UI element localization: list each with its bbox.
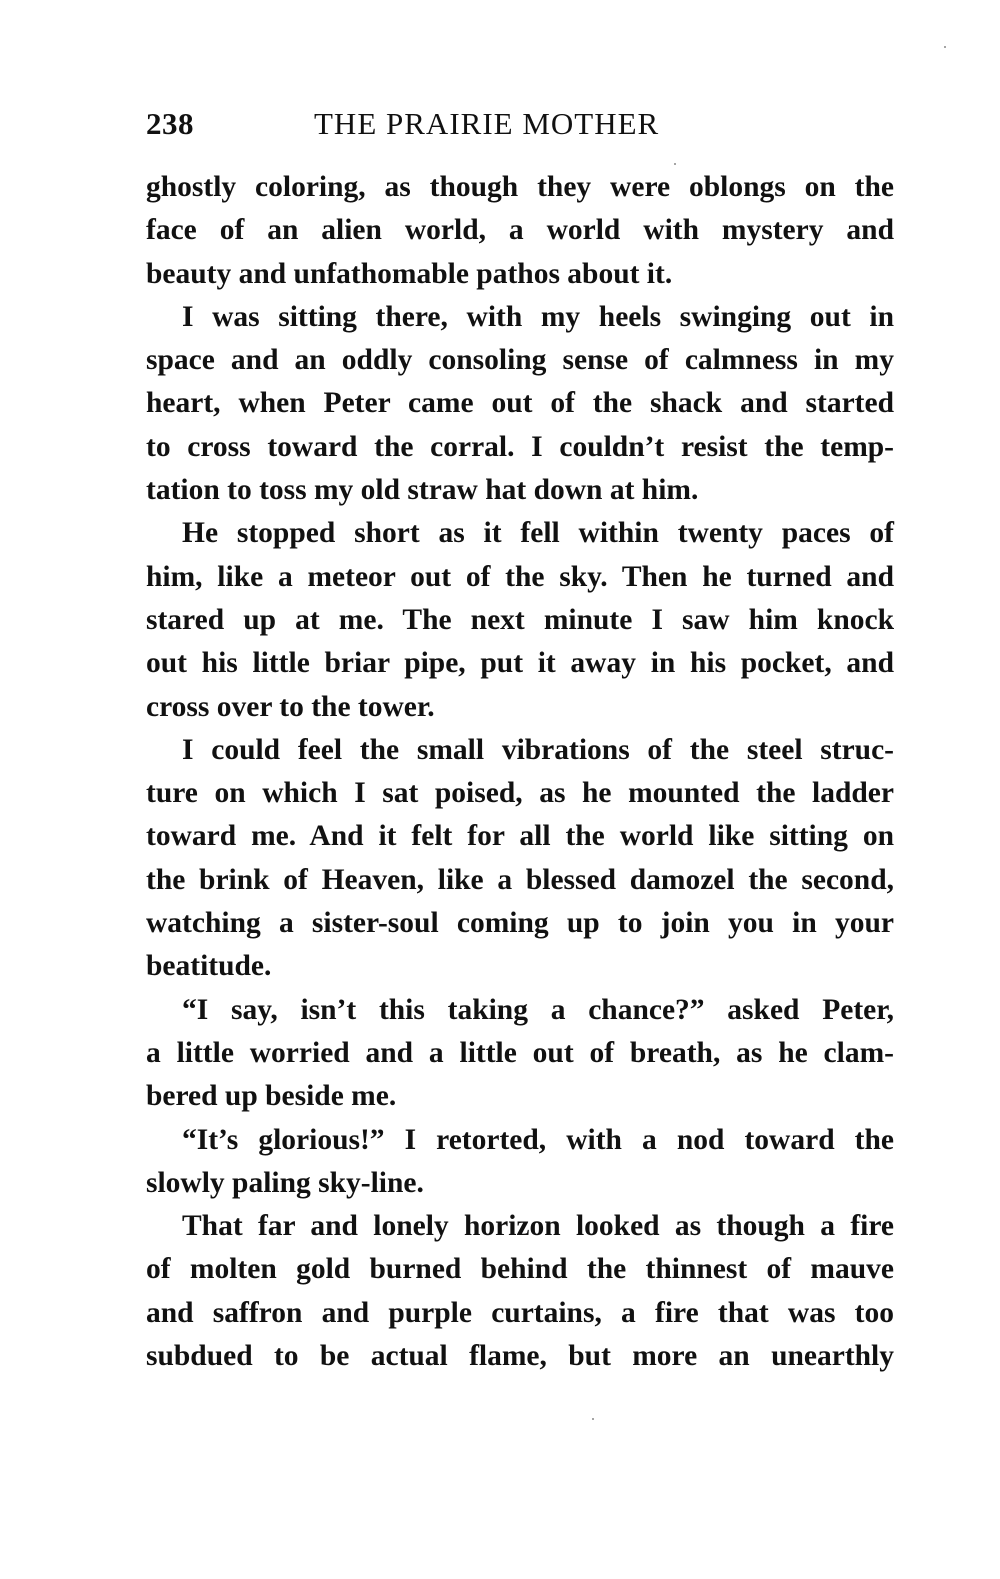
text-line: I could feel the small vibrations of the… bbox=[146, 729, 894, 772]
text-line: cross over to the tower. bbox=[146, 686, 894, 729]
text-line: heart, when Peter came out of the shack … bbox=[146, 382, 894, 425]
scan-speck bbox=[944, 46, 946, 48]
text-line: tation to toss my old straw hat down at … bbox=[146, 469, 894, 512]
page-number: 238 bbox=[146, 106, 314, 142]
text-line: “I say, isn’t this taking a chance?” ask… bbox=[146, 989, 894, 1032]
running-header: 238 THE PRAIRIE MOTHER bbox=[146, 106, 894, 166]
text-line: a little worried and a little out of bre… bbox=[146, 1032, 894, 1075]
text-line: beatitude. bbox=[146, 945, 894, 988]
text-line: to cross toward the corral. I couldn’t r… bbox=[146, 426, 894, 469]
text-line: ture on which I sat poised, as he mounte… bbox=[146, 772, 894, 815]
body-text: ghostly coloring, as though they were ob… bbox=[146, 166, 894, 1378]
text-line: the brink of Heaven, like a blessed damo… bbox=[146, 859, 894, 902]
paragraph: “It’s glorious!” I retorted, with a nod … bbox=[146, 1119, 894, 1206]
text-line: subdued to be actual flame, but more an … bbox=[146, 1335, 894, 1378]
paragraph: I could feel the small vibrations of the… bbox=[146, 729, 894, 989]
text-line: face of an alien world, a world with mys… bbox=[146, 209, 894, 252]
paragraph: He stopped short as it fell within twent… bbox=[146, 512, 894, 728]
text-line: “It’s glorious!” I retorted, with a nod … bbox=[146, 1119, 894, 1162]
running-title: THE PRAIRIE MOTHER bbox=[314, 106, 659, 142]
paragraph: That far and lonely horizon looked as th… bbox=[146, 1205, 894, 1378]
text-line: toward me. And it felt for all the world… bbox=[146, 815, 894, 858]
text-line: That far and lonely horizon looked as th… bbox=[146, 1205, 894, 1248]
text-line: him, like a meteor out of the sky. Then … bbox=[146, 556, 894, 599]
text-line: bered up beside me. bbox=[146, 1075, 894, 1118]
scan-speck bbox=[674, 163, 676, 165]
text-line: out his little briar pipe, put it away i… bbox=[146, 642, 894, 685]
paragraph: ghostly coloring, as though they were ob… bbox=[146, 166, 894, 296]
text-line: watching a sister-soul coming up to join… bbox=[146, 902, 894, 945]
text-line: stared up at me. The next minute I saw h… bbox=[146, 599, 894, 642]
scan-speck bbox=[592, 1418, 594, 1420]
paragraph: “I say, isn’t this taking a chance?” ask… bbox=[146, 989, 894, 1119]
text-line: beauty and unfathomable pathos about it. bbox=[146, 253, 894, 296]
text-line: of molten gold burned behind the thinnes… bbox=[146, 1248, 894, 1291]
text-line: ghostly coloring, as though they were ob… bbox=[146, 166, 894, 209]
paragraph: I was sitting there, with my heels swing… bbox=[146, 296, 894, 512]
text-line: space and an oddly consoling sense of ca… bbox=[146, 339, 894, 382]
text-line: and saffron and purple curtains, a fire … bbox=[146, 1292, 894, 1335]
book-page: 238 THE PRAIRIE MOTHER ghostly coloring,… bbox=[146, 106, 894, 1378]
text-line: I was sitting there, with my heels swing… bbox=[146, 296, 894, 339]
text-line: He stopped short as it fell within twent… bbox=[146, 512, 894, 555]
text-line: slowly paling sky-line. bbox=[146, 1162, 894, 1205]
